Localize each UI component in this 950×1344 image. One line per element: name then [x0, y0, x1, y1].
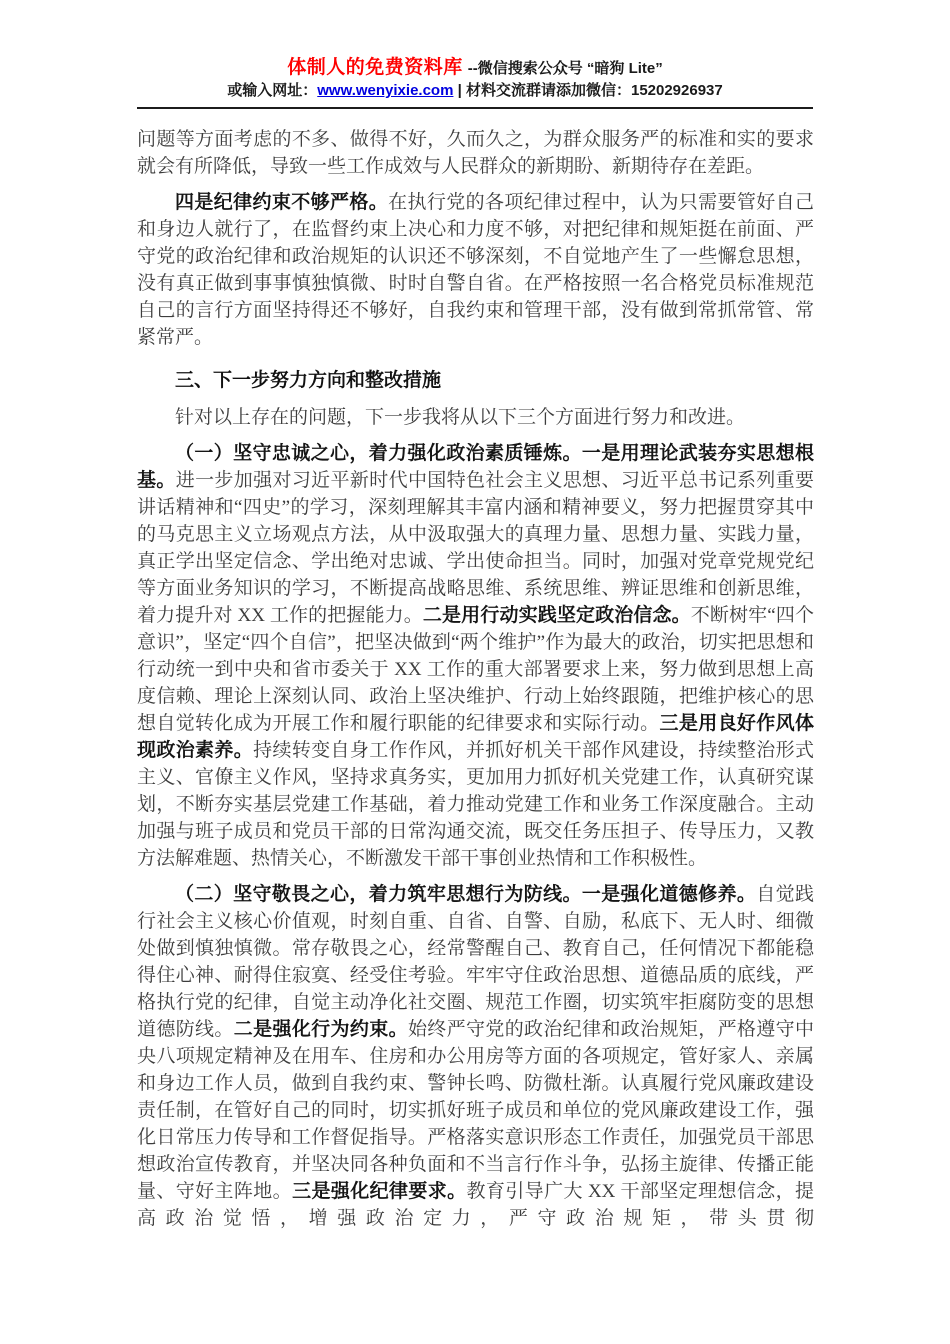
promo-header-line1: 体制人的免费资料库--微信搜索公众号 “暗狗 Lite”	[0, 57, 950, 80]
contact-info: | 材料交流群请添加微信：15202926937	[453, 82, 722, 99]
promo-header-line2: 或输入网址：www.wenyixie.com | 材料交流群请添加微信：1520…	[0, 80, 950, 102]
document-body: 问题等方面考虑的不多、做得不好，久而久之，为群众服务严的标准和实的要求就会有所降…	[137, 126, 814, 1232]
bold-sub-two: 二是强化行为约束。	[234, 1019, 408, 1040]
website-link[interactable]: www.wenyixie.com	[317, 82, 453, 99]
paragraph-intro: 针对以上存在的问题，下一步我将从以下三个方面进行努力和改进。	[137, 404, 814, 431]
url-label: 或输入网址：	[227, 82, 317, 99]
paragraph-discipline: 四是纪律约束不够严格。在执行党的各项纪律过程中，认为只需要管好自己和身边人就行了…	[137, 189, 814, 351]
bold-lead: （二）坚守敬畏之心，着力筑牢思想行为防线。一是强化道德修养。	[175, 884, 756, 905]
paragraph-text: 问题等方面考虑的不多、做得不好，久而久之，为群众服务严的标准和实的要求就会有所降…	[137, 129, 814, 177]
bold-sub-three: 三是强化纪律要求。	[292, 1181, 466, 1202]
promo-header: 体制人的免费资料库--微信搜索公众号 “暗狗 Lite” 或输入网址：www.w…	[0, 0, 950, 102]
paragraph-carryover: 问题等方面考虑的不多、做得不好，久而久之，为群众服务严的标准和实的要求就会有所降…	[137, 126, 814, 180]
section-heading: 三、下一步努力方向和整改措施	[137, 367, 814, 394]
paragraph-text: 针对以上存在的问题，下一步我将从以下三个方面进行努力和改进。	[175, 407, 745, 428]
paragraph-text: 始终严守党的政治纪律和政治规矩，严格遵守中央八项规定精神及在用车、住房和办公用房…	[137, 1019, 814, 1202]
paragraph-text: 进一步加强对习近平新时代中国特色社会主义思想、习近平总书记系列重要讲话精神和“四…	[137, 470, 814, 626]
document-page: 体制人的免费资料库--微信搜索公众号 “暗狗 Lite” 或输入网址：www.w…	[0, 0, 950, 1344]
bold-sub-two: 二是用行动实践坚定政治信念。	[423, 605, 691, 626]
paragraph-point-two: （二）坚守敬畏之心，着力筑牢思想行为防线。一是强化道德修养。自觉践行社会主义核心…	[137, 881, 814, 1232]
paragraph-point-one: （一）坚守忠诚之心，着力强化政治素质锤炼。一是用理论武装夯实思想根基。进一步加强…	[137, 440, 814, 872]
brand-note: --微信搜索公众号 “暗狗 Lite”	[468, 60, 663, 77]
header-divider	[137, 107, 813, 109]
bold-lead: 四是纪律约束不够严格。	[175, 192, 388, 213]
brand-title: 体制人的免费资料库	[287, 57, 463, 78]
paragraph-text: 在执行党的各项纪律过程中，认为只需要管好自己和身边人就行了，在监督约束上决心和力…	[137, 192, 814, 348]
paragraph-text: 自觉践行社会主义核心价值观，时刻自重、自省、自警、自励，私底下、无人时、细微处做…	[137, 884, 814, 1040]
